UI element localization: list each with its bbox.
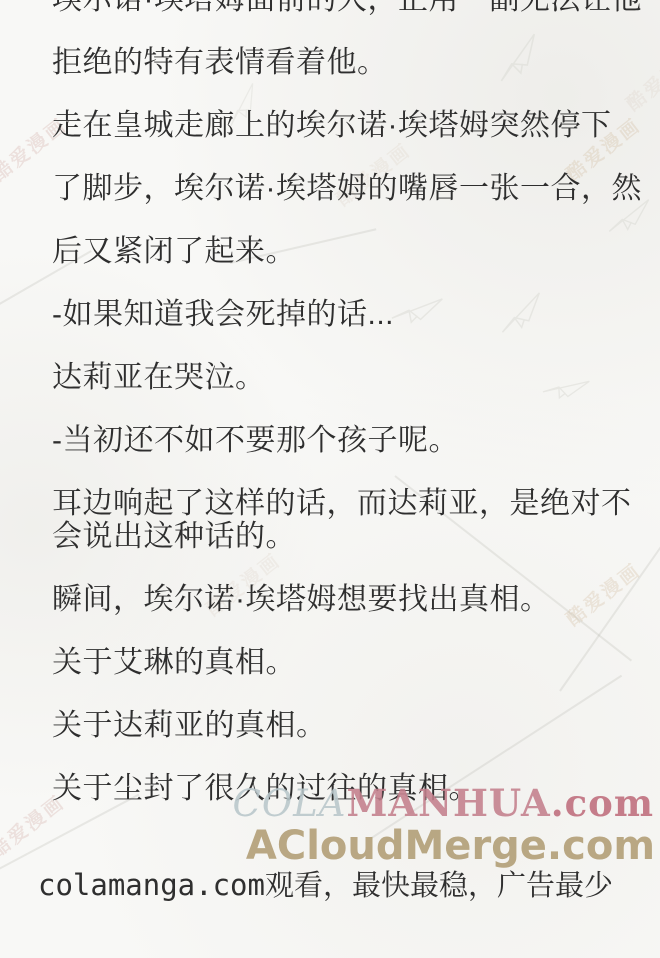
text-line: 耳边响起了这样的话，而达莉亚，是绝对不 <box>52 486 624 522</box>
text-line: 关于艾琳的真相。 <box>52 645 624 681</box>
manga-page: { "page": { "background_color": "#f8f8f6… <box>0 0 660 958</box>
text-line: 埃尔诺·埃塔姆面前的人，正用一副无法让他 <box>52 0 624 18</box>
text-line: 了脚步，埃尔诺·埃塔姆的嘴唇一张一合，然 <box>52 171 624 207</box>
colamanhua-watermark-com: .com <box>551 781 654 825</box>
site-promo-caption: colamanga.com观看，最快最稳，广告最少 <box>38 866 613 904</box>
colamanhua-watermark-cola: COLA <box>233 782 347 825</box>
text-line: 走在皇城走廊上的埃尔诺·埃塔姆突然停下 <box>52 108 624 144</box>
novel-text-block: 埃尔诺·埃塔姆面前的人，正用一副无法让他拒绝的特有表情看着他。走在皇城走廊上的埃… <box>52 0 624 834</box>
acloudmerge-watermark: ACloudMerge.com <box>246 824 655 868</box>
text-line: 拒绝的特有表情看着他。 <box>52 45 624 81</box>
text-line: 关于达莉亚的真相。 <box>52 708 624 744</box>
text-line: 达莉亚在哭泣。 <box>52 360 624 396</box>
text-line: 后又紧闭了起来。 <box>52 234 624 270</box>
text-line: 会说出这种话的。 <box>52 519 624 555</box>
colamanhua-watermark: COLAMANHUA.com <box>233 783 654 824</box>
text-line: 瞬间，埃尔诺·埃塔姆想要找出真相。 <box>52 582 624 618</box>
text-line: -如果知道我会死掉的话... <box>52 297 624 333</box>
text-line: -当初还不如不要那个孩子呢。 <box>52 423 624 459</box>
colamanhua-watermark-manhua: MANHUA <box>346 781 550 825</box>
